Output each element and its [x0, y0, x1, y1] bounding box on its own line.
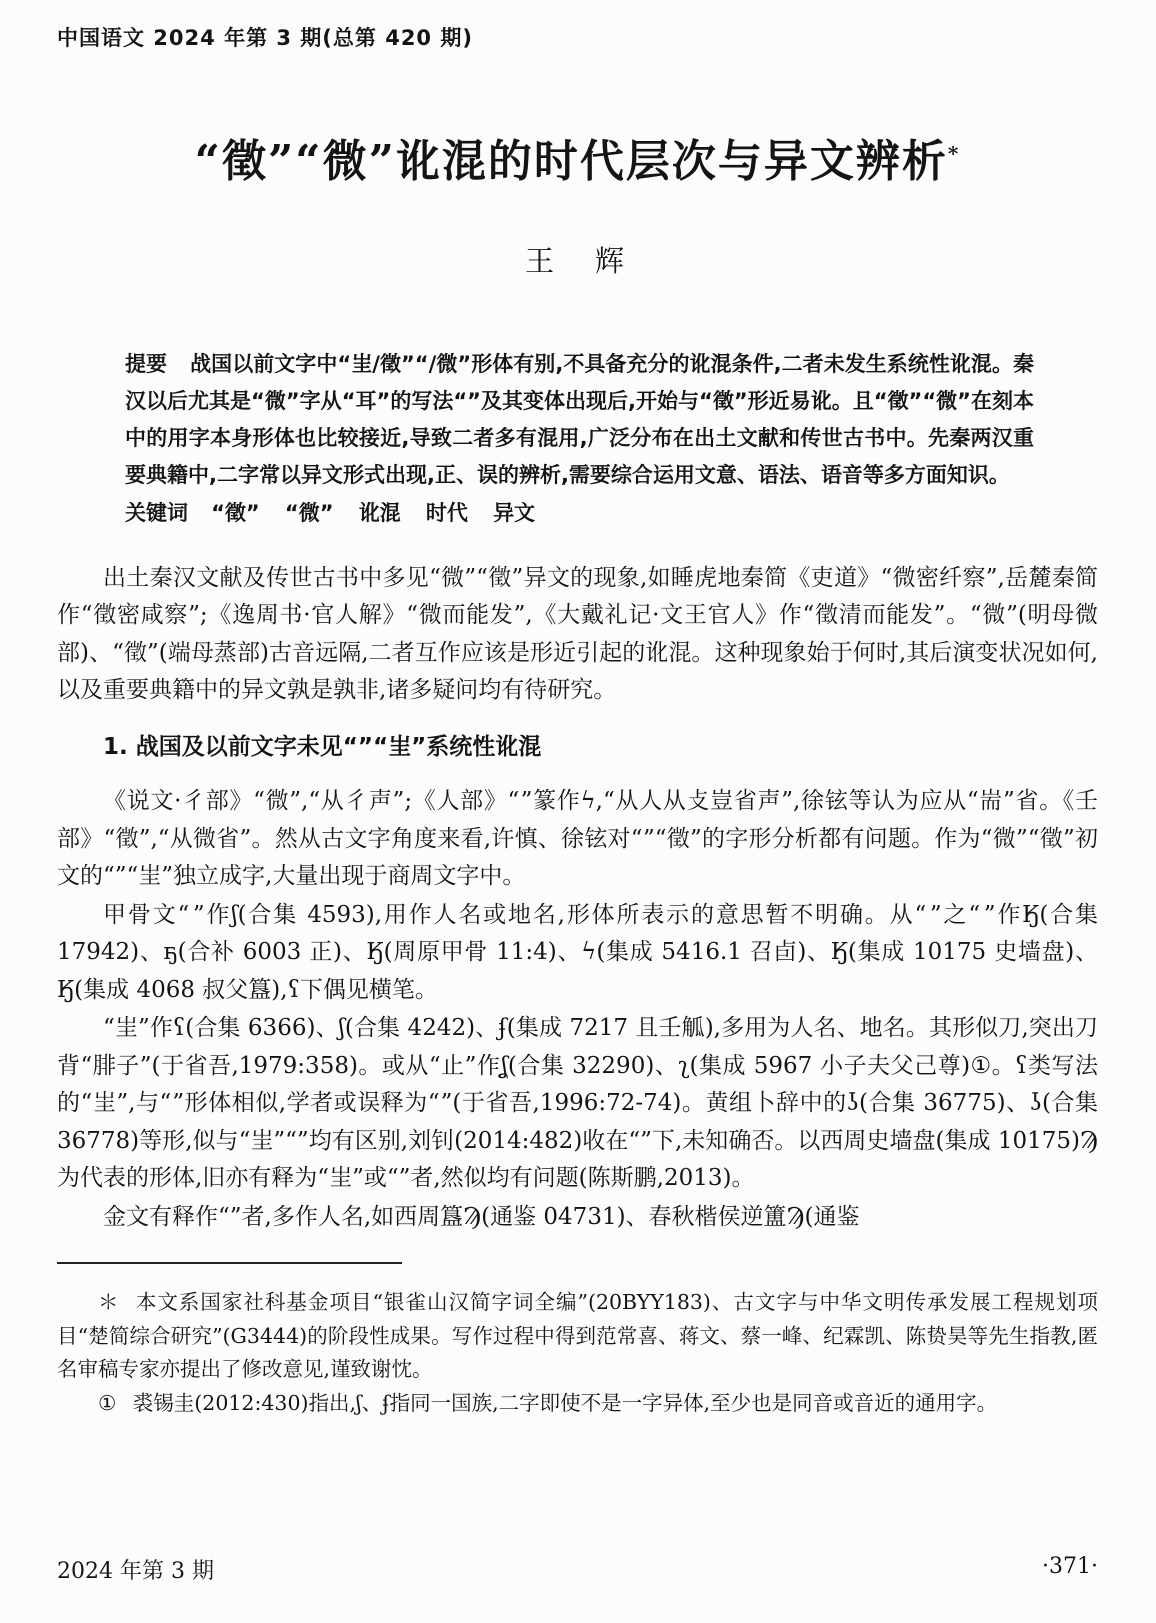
- page-footer: 2024 年第 3 期 ·371·: [57, 1554, 1098, 1585]
- paragraph-jinwen: 金文有释作“𨓹”者,多作人名,如西周𨓹簋Ϡ(通鉴 04731)、春秋楷侯𨓹逆簠Ϡ…: [57, 1199, 1098, 1237]
- abstract-block: 提要战国以前文字中“㞷/徵”“𡴋/微”形体有别,不具备充分的讹混条件,二者未发生…: [125, 346, 1034, 532]
- keyword-term: “微”: [285, 501, 334, 525]
- article-body: 出土秦汉文献及传世古书中多见“微”“徵”异文的现象,如睡虎地秦简《吏道》“微密纤…: [57, 560, 1098, 1237]
- footnote-star: ＊本文系国家社科基金项目“银雀山汉简字词全编”(20BYY183)、古文字与中华…: [57, 1286, 1098, 1387]
- keyword-term: 异文: [493, 501, 535, 525]
- paper-page: 中国语文 2024 年第 3 期(总第 420 期) “徵”“微”讹混的时代层次…: [0, 0, 1156, 1623]
- footnote-1-text: 裘锡圭(2012:430)指出,ʃ、ʄ指同一国族,二字即使不是一字异体,至少也是…: [133, 1391, 997, 1415]
- keywords-label: 关键词: [125, 501, 188, 525]
- footnote-separator: [57, 1262, 402, 1264]
- abstract-label: 提要: [125, 352, 167, 376]
- keywords-line: 关键词“徵”“微”讹混时代异文: [125, 495, 1034, 532]
- footnote-1-marker: ①: [98, 1391, 116, 1415]
- footnotes-block: ＊本文系国家社科基金项目“银雀山汉简字词全编”(20BYY183)、古文字与中华…: [57, 1262, 1098, 1420]
- footnote-star-marker: ＊: [98, 1290, 120, 1314]
- paragraph-jiaguwen: 甲骨文“𡴋”作ʃ(合集 4593),用作人名或地名,形体所表示的意思暂不明确。从…: [57, 897, 1098, 1010]
- keyword-term: 时代: [426, 501, 468, 525]
- paragraph-huangzu: “㞷”作ʕ(合集 6366)、ʃ(合集 4242)、ʄ(集成 7217 且壬觚)…: [57, 1010, 1098, 1198]
- footnote-1: ①裘锡圭(2012:430)指出,ʃ、ʄ指同一国族,二字即使不是一字异体,至少也…: [57, 1387, 1098, 1421]
- paper-title: “徵”“微”讹混的时代层次与异文辨析*: [57, 136, 1098, 189]
- paragraph-intro: 出土秦汉文献及传世古书中多见“微”“徵”异文的现象,如睡虎地秦简《吏道》“微密纤…: [57, 560, 1098, 710]
- section-1-heading: 1. 战国及以前文字未见“𡴋”“㞷”系统性讹混: [57, 729, 1098, 767]
- paragraph-shuowen: 《说文·彳部》“微”,“从彳𢼸声”;《人部》“𢼸”篆作ϟ,“从人从攴豈省声”,徐…: [57, 783, 1098, 896]
- keyword-term: “徵”: [211, 501, 260, 525]
- title-footnote-marker: *: [948, 141, 960, 165]
- abstract-text: 战国以前文字中“㞷/徵”“𡴋/微”形体有别,不具备充分的讹混条件,二者未发生系统…: [125, 352, 1034, 487]
- journal-header: 中国语文 2024 年第 3 期(总第 420 期): [57, 22, 1098, 52]
- footnote-star-text: 本文系国家社科基金项目“银雀山汉简字词全编”(20BYY183)、古文字与中华文…: [57, 1290, 1098, 1381]
- keyword-term: 讹混: [359, 501, 401, 525]
- footer-issue: 2024 年第 3 期: [57, 1554, 214, 1585]
- footer-page-number: ·371·: [1042, 1554, 1098, 1585]
- paper-title-text: “徵”“微”讹混的时代层次与异文辨析: [195, 136, 948, 187]
- abstract-paragraph: 提要战国以前文字中“㞷/徵”“𡴋/微”形体有别,不具备充分的讹混条件,二者未发生…: [125, 346, 1034, 494]
- author-name: 王 辉: [57, 239, 1098, 280]
